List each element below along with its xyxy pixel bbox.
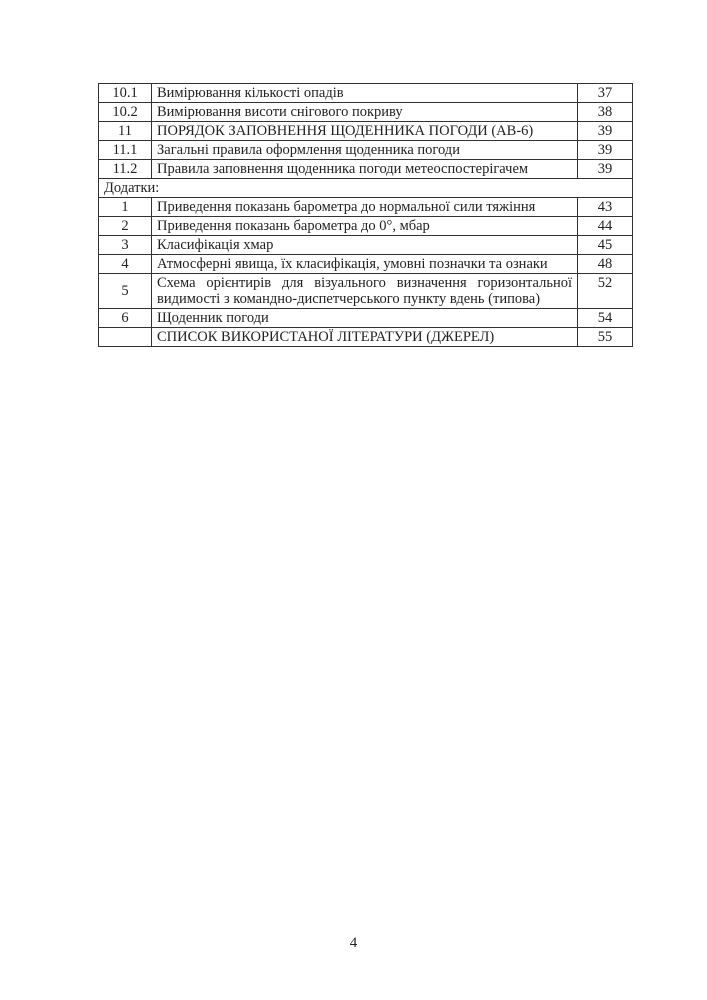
toc-row: 4Атмосферні явища, їх класифікація, умов… xyxy=(99,255,633,274)
page-number: 4 xyxy=(0,935,707,952)
toc-item-page: 39 xyxy=(578,122,633,141)
toc-item-title: Приведення показань барометра до 0°, мба… xyxy=(152,217,578,236)
table-of-contents: 10.1Вимірювання кількості опадів3710.2Ви… xyxy=(98,83,633,347)
toc-row: 11ПОРЯДОК ЗАПОВНЕННЯ ЩОДЕННИКА ПОГОДИ (А… xyxy=(99,122,633,141)
toc-item-number: 10.1 xyxy=(99,84,152,103)
toc-row: 5Схема орієнтирів для візуального визнач… xyxy=(99,274,633,309)
toc-item-page: 37 xyxy=(578,84,633,103)
toc-row: СПИСОК ВИКОРИСТАНОЇ ЛІТЕРАТУРИ (ДЖЕРЕЛ)5… xyxy=(99,328,633,347)
toc-item-page: 45 xyxy=(578,236,633,255)
toc-item-title: Правила заповнення щоденника погоди мете… xyxy=(152,160,578,179)
toc-item-title: СПИСОК ВИКОРИСТАНОЇ ЛІТЕРАТУРИ (ДЖЕРЕЛ) xyxy=(152,328,578,347)
toc-item-number: 5 xyxy=(99,274,152,309)
toc-item-title: Вимірювання висоти снігового покриву xyxy=(152,103,578,122)
toc-item-title: Щоденник погоди xyxy=(152,309,578,328)
toc-item-number: 3 xyxy=(99,236,152,255)
toc-row: 6Щоденник погоди54 xyxy=(99,309,633,328)
toc-item-title: Приведення показань барометра до нормаль… xyxy=(152,198,578,217)
toc-item-title: Вимірювання кількості опадів xyxy=(152,84,578,103)
toc-item-page: 43 xyxy=(578,198,633,217)
toc-row: 3Класифікація хмар45 xyxy=(99,236,633,255)
toc-item-page: 39 xyxy=(578,141,633,160)
toc-item-title: Класифікація хмар xyxy=(152,236,578,255)
toc-item-number xyxy=(99,328,152,347)
toc-item-page: 38 xyxy=(578,103,633,122)
toc-item-page: 52 xyxy=(578,274,633,309)
toc-item-page: 54 xyxy=(578,309,633,328)
document-page: 10.1Вимірювання кількості опадів3710.2Ви… xyxy=(0,0,707,1000)
toc-row: 1Приведення показань барометра до нормал… xyxy=(99,198,633,217)
toc-item-page: 55 xyxy=(578,328,633,347)
toc-item-number: 11 xyxy=(99,122,152,141)
toc-item-title: Атмосферні явища, їх класифікація, умовн… xyxy=(152,255,578,274)
toc-item-title: Загальні правила оформлення щоденника по… xyxy=(152,141,578,160)
toc-item-title: Схема орієнтирів для візуального визначе… xyxy=(152,274,578,309)
toc-item-number: 4 xyxy=(99,255,152,274)
toc-item-number: 2 xyxy=(99,217,152,236)
toc-item-number: 11.1 xyxy=(99,141,152,160)
toc-item-number: 6 xyxy=(99,309,152,328)
toc-row: 2Приведення показань барометра до 0°, мб… xyxy=(99,217,633,236)
toc-row: 11.2Правила заповнення щоденника погоди … xyxy=(99,160,633,179)
appendix-header-row: Додатки: xyxy=(99,179,633,198)
toc-item-number: 11.2 xyxy=(99,160,152,179)
appendix-label: Додатки: xyxy=(99,179,633,198)
toc-item-title: ПОРЯДОК ЗАПОВНЕННЯ ЩОДЕННИКА ПОГОДИ (АВ-… xyxy=(152,122,578,141)
toc-item-number: 1 xyxy=(99,198,152,217)
toc-item-number: 10.2 xyxy=(99,103,152,122)
toc-row: 10.1Вимірювання кількості опадів37 xyxy=(99,84,633,103)
toc-item-page: 44 xyxy=(578,217,633,236)
toc-item-page: 48 xyxy=(578,255,633,274)
toc-row: 10.2Вимірювання висоти снігового покриву… xyxy=(99,103,633,122)
toc-item-page: 39 xyxy=(578,160,633,179)
toc-row: 11.1Загальні правила оформлення щоденник… xyxy=(99,141,633,160)
